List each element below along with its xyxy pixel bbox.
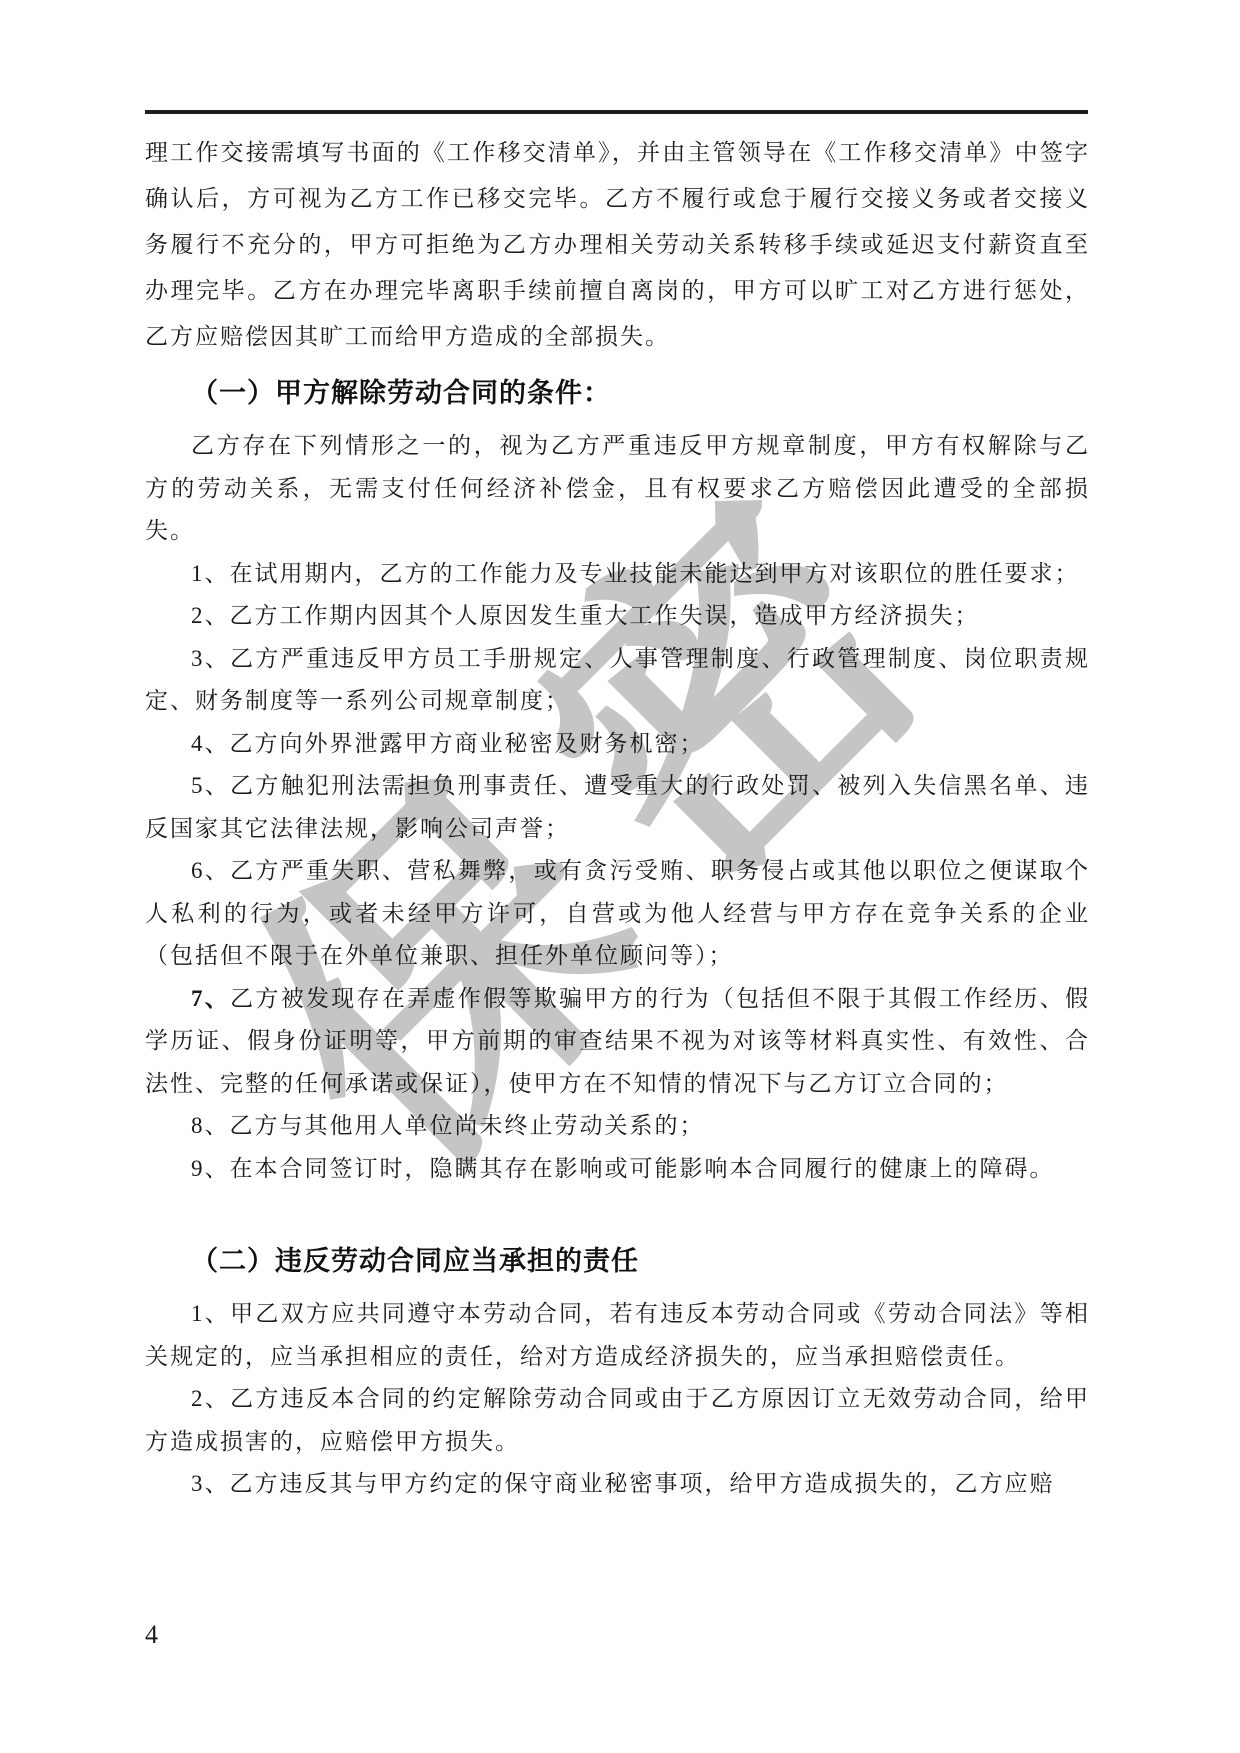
- section2-item-2: 2、乙方违反本合同的约定解除劳动合同或由于乙方原因订立无效劳动合同，给甲方造成损…: [145, 1378, 1090, 1463]
- page-number: 4: [145, 1620, 158, 1650]
- clause-item-1: 1、在试用期内，乙方的工作能力及专业技能未能达到甲方对该职位的胜任要求；: [145, 553, 1090, 596]
- section-2-heading: （二）违反劳动合同应当承担的责任: [191, 1244, 1090, 1279]
- clause-item-9: 9、在本合同签订时，隐瞒其存在影响或可能影响本合同履行的健康上的障碍。: [145, 1148, 1090, 1191]
- intro-paragraph: 理工作交接需填写书面的《工作移交清单》，并由主管领导在《工作移交清单》中签字确认…: [145, 130, 1090, 360]
- section2-item-1: 1、甲乙双方应共同遵守本劳动合同，若有违反本劳动合同或《劳动合同法》等相关规定的…: [145, 1293, 1090, 1378]
- clause-item-2: 2、乙方工作期内因其个人原因发生重大工作失误，造成甲方经济损失；: [145, 595, 1090, 638]
- clause-item-7: 7、乙方被发现存在弄虚作假等欺骗甲方的行为（包括但不限于其假工作经历、假学历证、…: [145, 978, 1090, 1106]
- section2-item-3: 3、乙方违反其与甲方约定的保守商业秘密事项，给甲方造成损失的，乙方应赔: [145, 1463, 1090, 1506]
- clause-item-6: 6、乙方严重失职、营私舞弊，或有贪污受贿、职务侵占或其他以职位之便谋取个人私利的…: [145, 850, 1090, 978]
- clause-item-8: 8、乙方与其他用人单位尚未终止劳动关系的；: [145, 1105, 1090, 1148]
- section-1-lead: 乙方存在下列情形之一的，视为乙方严重违反甲方规章制度，甲方有权解除与乙方的劳动关…: [145, 425, 1090, 553]
- clause-item-4: 4、乙方向外界泄露甲方商业秘密及财务机密；: [145, 723, 1090, 766]
- contract-page: 保密 理工作交接需填写书面的《工作移交清单》，并由主管领导在《工作移交清单》中签…: [0, 0, 1240, 1753]
- clause-item-3: 3、乙方严重违反甲方员工手册规定、人事管理制度、行政管理制度、岗位职责规定、财务…: [145, 638, 1090, 723]
- document-body: 理工作交接需填写书面的《工作移交清单》，并由主管领导在《工作移交清单》中签字确认…: [145, 130, 1090, 1506]
- clause-item-7-text: 乙方被发现存在弄虚作假等欺骗甲方的行为（包括但不限于其假工作经历、假学历证、假身…: [145, 986, 1090, 1096]
- clause-item-7-number: 7、: [191, 986, 230, 1011]
- header-divider: [145, 110, 1088, 114]
- clause-item-5: 5、乙方触犯刑法需担负刑事责任、遭受重大的行政处罚、被列入失信黑名单、违反国家其…: [145, 765, 1090, 850]
- section-1-heading: （一）甲方解除劳动合同的条件：: [191, 376, 1090, 411]
